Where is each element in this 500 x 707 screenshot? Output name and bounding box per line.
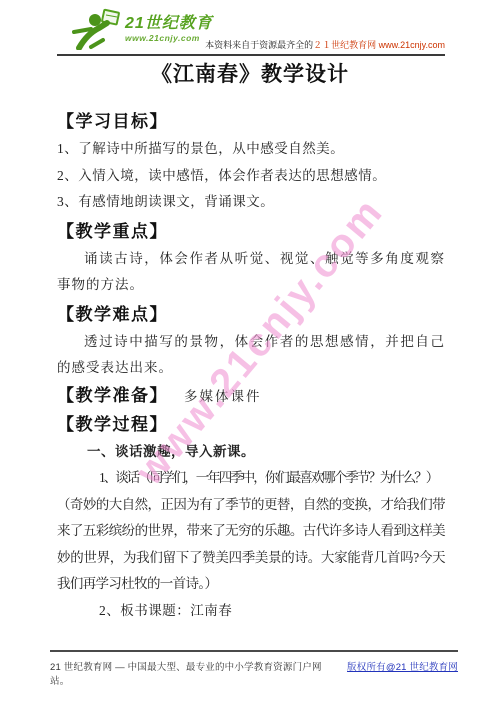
logo-text-block: 21世纪教育 www.21cnjy.com (125, 15, 213, 43)
key-points-text: 诵读古诗，体会作者从听觉、视觉、触觉等多角度观察事物的方法。 (57, 246, 445, 299)
preparation-text: 多媒体课件 (184, 389, 262, 404)
preparation-row: 【教学准备】多媒体课件 (57, 382, 445, 411)
difficulties-text: 透过诗中描写的景物，体会作者的思想感情，并把自己的感受表达出来。 (57, 329, 445, 382)
objective-item-3: 3、有感情地朗读课文，背诵课文。 (57, 189, 445, 216)
note-plain-text: 本资料来自于资源最齐全的 (205, 40, 313, 50)
site-logo: 21世纪教育 www.21cnjy.com (71, 8, 213, 50)
document-body: 【学习目标】 1、了解诗中所描写的景色，从中感受自然美。 2、入情入境，读中感悟… (57, 108, 445, 624)
process-step1: 1、谈话（同学们，一年四季中，你们最喜欢哪个季节？为什么？） (57, 465, 445, 492)
copyright-link[interactable]: 版权所有@21 世纪教育网 (347, 659, 458, 673)
heading-difficulties: 【教学难点】 (57, 301, 445, 329)
brand-url: www.21cnjy.com (125, 33, 213, 43)
brand-name: 21世纪教育 (125, 15, 213, 33)
heading-preparation: 【教学准备】 (57, 386, 168, 405)
heading-key-points: 【教学重点】 (57, 218, 445, 246)
process-step2: 2、板书课题：江南春 (57, 598, 445, 625)
note-highlight-text: ２１世纪教育网 www.21cnjy.com (313, 40, 445, 50)
footer-info: 21 世纪教育网 — 中国最大型、最专业的中小学教育资源门户网站。 (50, 659, 337, 687)
heading-objectives: 【学习目标】 (57, 108, 445, 136)
page-title: 《江南春》教学设计 (0, 58, 500, 88)
objective-item-1: 1、了解诗中所描写的景色，从中感受自然美。 (57, 136, 445, 163)
header-divider (57, 54, 445, 56)
page-header: 21世纪教育 www.21cnjy.com 本资料来自于资源最齐全的２１世纪教育… (57, 6, 445, 54)
process-teacher-words: （奇妙的大自然，正因为有了季节的更替，自然的变换，才给我们带来了五彩缤纷的世界，… (57, 492, 445, 598)
page-footer: 21 世纪教育网 — 中国最大型、最专业的中小学教育资源门户网站。 版权所有@2… (50, 650, 458, 687)
runner-icon (71, 8, 123, 50)
heading-process: 【教学过程】 (57, 411, 445, 439)
objective-item-2: 2、入情入境，读中感悟，体会作者表达的思想感情。 (57, 163, 445, 190)
process-step-title: 一、谈话激趣，导入新课。 (57, 439, 445, 466)
header-note: 本资料来自于资源最齐全的２１世纪教育网 www.21cnjy.com (205, 38, 445, 51)
document-page: 21世纪教育 www.21cnjy.com 本资料来自于资源最齐全的２１世纪教育… (0, 0, 500, 707)
